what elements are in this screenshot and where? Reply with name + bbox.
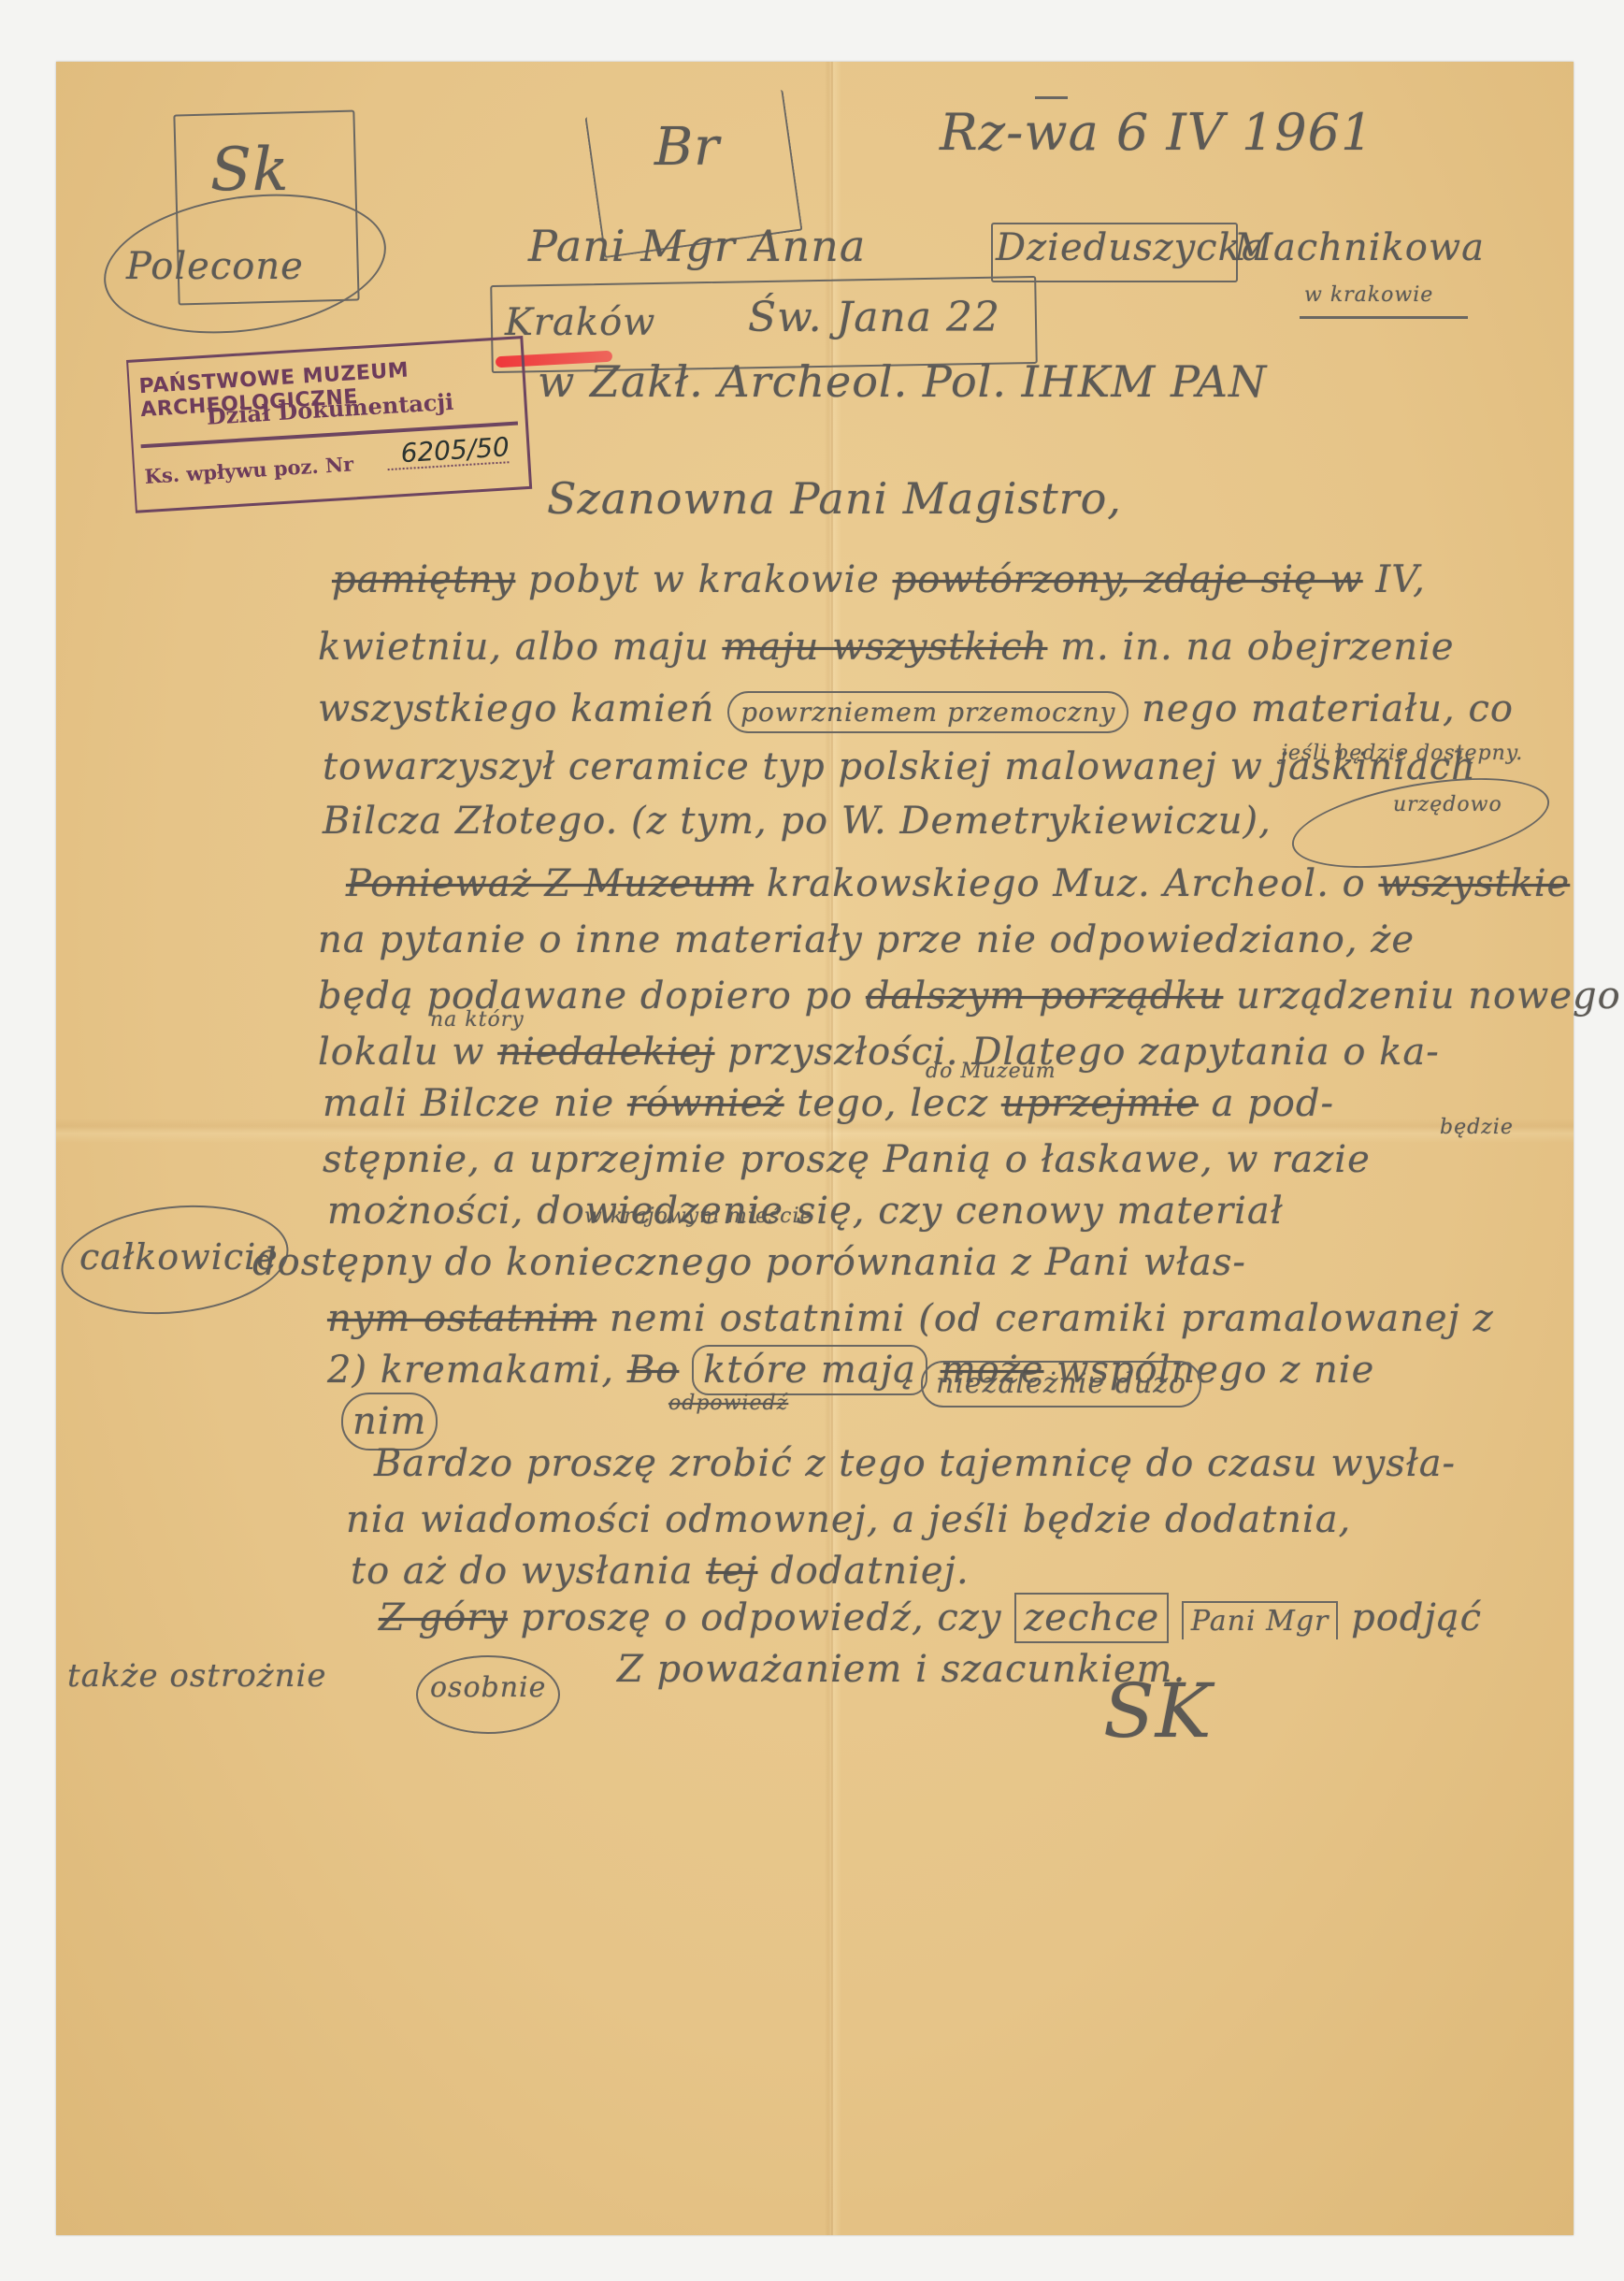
line-text: nego materiału, co: [1142, 687, 1514, 730]
registered-mark: Polecone: [126, 248, 304, 285]
interlinear-note: na który: [430, 1010, 525, 1031]
address-street: Św. Jana 22: [748, 297, 1000, 339]
address-line1-suffix: Machnikowa: [1234, 229, 1485, 267]
struck-word: maju wszystkich: [722, 626, 1047, 669]
body-line: wszystkiego kamień powrzniemem przemoczn…: [318, 690, 1514, 728]
address-line3: w Zakł. Archeol. Pol. IHKM PAN: [538, 360, 1267, 403]
circled-word: osobnie: [430, 1674, 546, 1702]
interlinear-note: urzędowo: [1393, 795, 1502, 816]
address-city: Kraków: [505, 304, 655, 341]
body-line: pamiętny pobyt w krakowie powtórzony, zd…: [332, 561, 1426, 599]
struck-word: wszystkie: [1378, 862, 1570, 905]
body-line: dostępny do koniecznego porównania z Pan…: [252, 1244, 1246, 1281]
line-text: Bardzo proszę zrobić z tego tajemnicę do…: [374, 1442, 1456, 1485]
struck-word: również: [627, 1082, 784, 1125]
boxed-word: Pani Mgr: [1182, 1601, 1338, 1639]
body-line: Z góry proszę o odpowiedź, czy zechce Pa…: [379, 1599, 1482, 1637]
struck-word: Ponieważ Z Muzeum: [346, 862, 754, 905]
salutation: Szanowna Pani Magistro,: [547, 477, 1122, 520]
line-text: będą podawane dopiero po: [318, 974, 853, 1018]
initials-br: Br: [654, 122, 720, 174]
line-text: IV,: [1375, 558, 1425, 601]
body-line: na pytanie o inne materiały prze nie odp…: [318, 921, 1415, 959]
interlinear-note: w krajowym mieście: [584, 1206, 813, 1227]
letter-date: Rz-wa 6 IV 1961: [940, 108, 1373, 158]
line-text: proszę o odpowiedź, czy: [521, 1596, 1002, 1639]
struck-word: dalszym porządku: [866, 974, 1223, 1018]
boxed-note: niezależnie dużo: [921, 1361, 1201, 1408]
address-line1-prefix: Pani Mgr Anna: [528, 224, 866, 267]
address-note-underline: [1300, 316, 1468, 319]
stamp-register-label: Ks. wpływu poz. Nr: [144, 452, 354, 488]
line-text: lokalu w: [318, 1031, 484, 1074]
line-text: krakowskiego Muz. Archeol. o: [767, 862, 1366, 905]
interlinear-note: do Muzeum: [926, 1061, 1056, 1082]
body-line: nia wiadomości odmownej, a jeśli będzie …: [346, 1501, 1351, 1538]
line-text: pobyt w krakowie: [528, 558, 880, 601]
line-text: nia wiadomości odmownej, a jeśli będzie …: [346, 1498, 1351, 1541]
line-text: tego, lecz: [797, 1082, 988, 1125]
line-text: m. in. na obejrzenie: [1060, 626, 1455, 669]
struck-word: niedalekiej: [497, 1031, 714, 1074]
body-line: lokalu w niedalekiej przyszłości. Dlateg…: [318, 1033, 1440, 1071]
address-line1-note: w krakowie: [1304, 285, 1433, 306]
date-month-overline: [1035, 96, 1068, 99]
closing: Z poważaniem i szacunkiem.: [617, 1651, 1186, 1688]
address-line1-boxed: Dzieduszycka: [996, 229, 1265, 267]
struck-word: pamiętny: [332, 558, 515, 601]
margin-note: także ostrożnie: [67, 1660, 327, 1692]
body-line: mali Bilcze nie również tego, lecz uprze…: [323, 1085, 1334, 1122]
line-text: na pytanie o inne materiały prze nie odp…: [318, 918, 1415, 961]
line-text: 2) kremakami,: [327, 1349, 614, 1392]
body-line: Ponieważ Z Muzeum krakowskiego Muz. Arch…: [346, 865, 1570, 902]
struck-word: tej: [706, 1550, 757, 1593]
struck-word: nym ostatnim: [327, 1297, 596, 1340]
body-line: stępnie, a uprzejmie proszę Panią o łask…: [323, 1141, 1371, 1178]
struck-word: Z góry: [379, 1596, 508, 1639]
circled-phrase: powrzniemem przemoczny: [727, 691, 1128, 733]
line-text: stępnie, a uprzejmie proszę Panią o łask…: [323, 1138, 1371, 1181]
struck-word: Bo: [627, 1349, 679, 1392]
line-text: a pod-: [1212, 1082, 1334, 1125]
boxed-word: zechce: [1014, 1593, 1169, 1643]
line-text: przyszłości. Dlatego zapytania o ka-: [727, 1031, 1440, 1074]
margin-circled-word: całkowicie: [79, 1239, 279, 1275]
line-text: do koniecznego porównania z Pani włas-: [445, 1241, 1246, 1284]
body-line: kwietniu, albo maju maju wszystkich m. i…: [318, 628, 1455, 666]
body-line: nim: [341, 1403, 438, 1440]
struck-word: powtórzony, zdaje się w: [893, 558, 1363, 601]
interlinear-note: jeśli będzie dostępny.: [1281, 743, 1523, 764]
interlinear-note: odpowiedź: [668, 1393, 788, 1414]
body-line: Bardzo proszę zrobić z tego tajemnicę do…: [374, 1445, 1456, 1482]
struck-word: uprzejmie: [1001, 1082, 1199, 1125]
line-text: z: [1473, 1297, 1494, 1340]
body-line: Bilcza Złotego. (z tym, po W. Demetrykie…: [323, 802, 1272, 840]
line-text: to aż do wysłania: [351, 1550, 694, 1593]
line-text: urządzeniu nowego: [1236, 974, 1621, 1018]
line-text: podjąć: [1351, 1596, 1482, 1639]
body-line: nym ostatnim nemi ostatnimi (od ceramiki…: [327, 1300, 1494, 1337]
body-line: to aż do wysłania tej dodatniej.: [351, 1552, 970, 1590]
line-text: nemi ostatnimi (od ceramiki pramalowanej: [610, 1297, 1460, 1340]
line-text: dostępny: [252, 1241, 432, 1284]
body-line: 2) kremakami, Bo które mają może wspólne…: [327, 1351, 1374, 1389]
line-text: Bilcza Złotego. (z tym, po W. Demetrykie…: [323, 800, 1272, 843]
interlinear-note: będzie: [1440, 1118, 1514, 1138]
initials-sk: Sk: [210, 140, 290, 200]
signature: SK: [1103, 1674, 1213, 1749]
museum-stamp: PAŃSTWOWE MUZEUM ARCHEOLOGICZNE Dział Do…: [126, 336, 532, 513]
line-text: dodatniej.: [770, 1550, 970, 1593]
line-text: mali Bilcze nie: [323, 1082, 614, 1125]
line-text: kwietniu, albo maju: [318, 626, 710, 669]
boxed-phrase: które mają: [692, 1345, 927, 1395]
line-text: wszystkiego kamień: [318, 687, 714, 730]
